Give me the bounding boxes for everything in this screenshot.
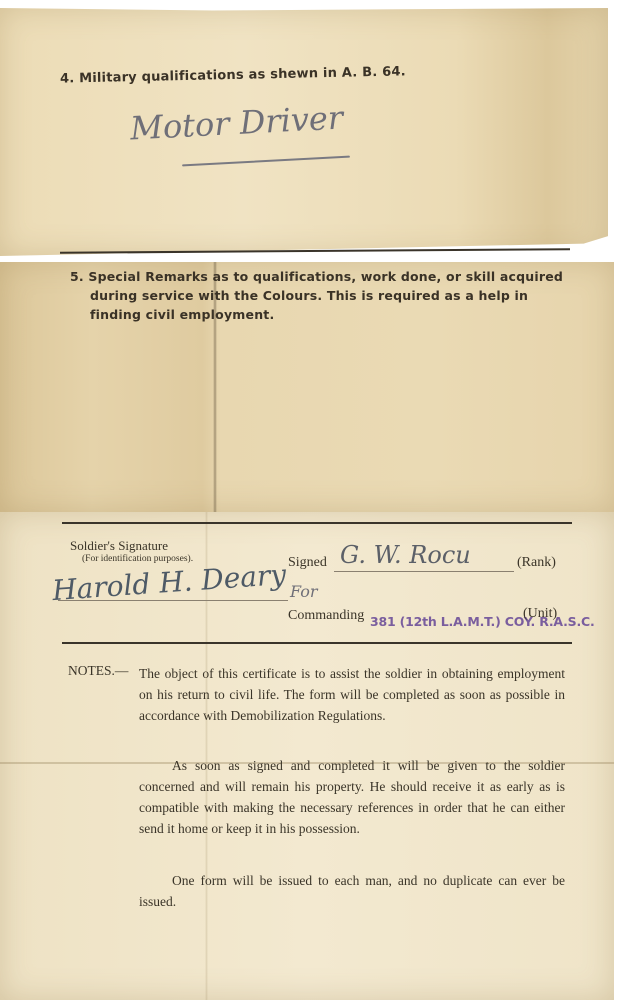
notes-paragraph-2: As soon as signed and completed it will … (139, 755, 565, 839)
soldier-signature-sublabel: (For identification purposes). (82, 554, 193, 564)
notes-paragraph-3: One form will be issued to each man, and… (139, 870, 565, 912)
signed-value: G. W. Rocu (340, 541, 471, 569)
section-5-line-2: during service with the Colours. This is… (70, 286, 575, 305)
unit-label: (Unit) (523, 606, 557, 622)
soldier-signature-line (58, 600, 288, 601)
for-mark: For (290, 582, 318, 601)
section-5-text: 5. Special Remarks as to qualifications,… (70, 267, 575, 324)
signed-label: Signed (288, 555, 327, 571)
signature-top-rule (62, 522, 572, 524)
commanding-label: Commanding (288, 608, 364, 624)
notes-paragraph-1: The object of this certificate is to ass… (139, 663, 565, 726)
notes-label: NOTES.— (68, 663, 128, 679)
section-5-line-1: 5. Special Remarks as to qualifications,… (70, 267, 575, 286)
soldier-signature-label: Soldier's Signature (70, 538, 168, 554)
section-5-line-3: finding civil employment. (70, 305, 575, 324)
unit-stamp: 381 (12th L.A.M.T.) COY. R.A.S.C. (370, 614, 595, 629)
rank-label: (Rank) (517, 555, 556, 571)
signed-line (334, 571, 514, 572)
signature-bottom-rule (62, 642, 572, 644)
